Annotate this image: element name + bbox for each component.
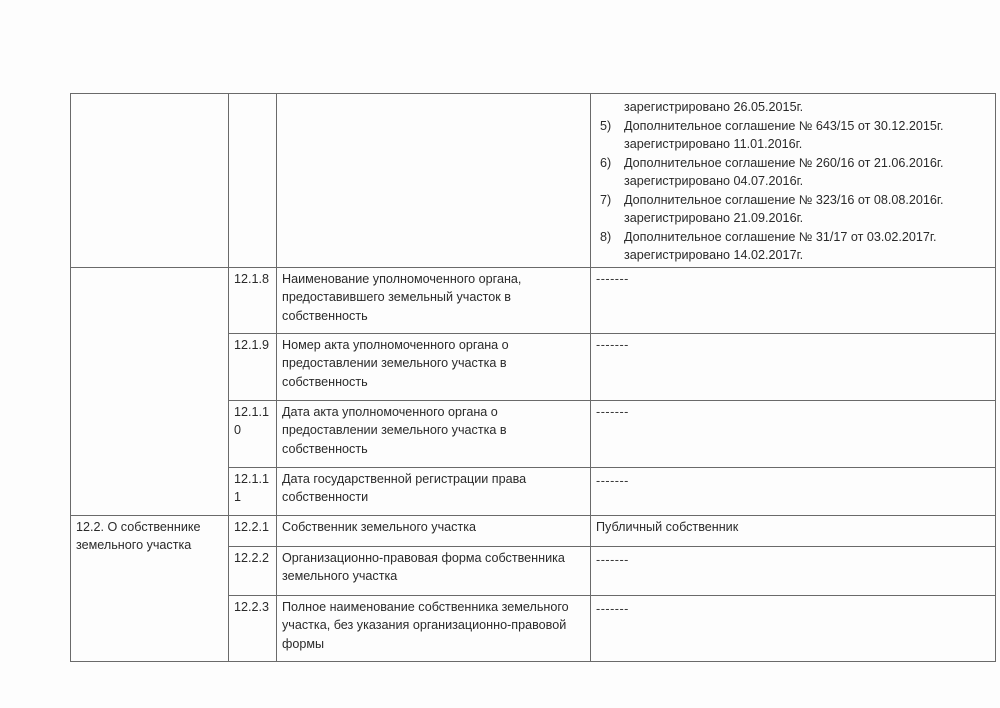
item-description: Номер акта уполномоченного органа о пред…	[277, 333, 591, 400]
item-value: -------	[591, 595, 996, 661]
list-item: 5)Дополнительное соглашение № 643/15 от …	[624, 117, 990, 154]
item-value: -------	[591, 546, 996, 595]
document-page: зарегистрировано 26.05.2015г. 5)Дополнит…	[0, 0, 1000, 708]
item-number: 12.1.10	[229, 400, 277, 467]
num-cell-empty	[229, 94, 277, 268]
item-number: 12.2.2	[229, 546, 277, 595]
item-number: 12.1.11	[229, 467, 277, 515]
land-plot-info-table: зарегистрировано 26.05.2015г. 5)Дополнит…	[70, 93, 996, 662]
item-description: Организационно-правовая форма собственни…	[277, 546, 591, 595]
item-value: -------	[591, 267, 996, 333]
item-description: Дата акта уполномоченного органа о предо…	[277, 400, 591, 467]
table-row-continued: зарегистрировано 26.05.2015г. 5)Дополнит…	[71, 94, 996, 268]
list-item: 7)Дополнительное соглашение № 323/16 от …	[624, 191, 990, 228]
item-value: Публичный собственник	[591, 515, 996, 546]
list-item: 8)Дополнительное соглашение № 31/17 от 0…	[624, 228, 990, 265]
item-value: -------	[591, 467, 996, 515]
continued-registration-text: зарегистрировано 26.05.2015г.	[596, 98, 990, 117]
item-number: 12.2.3	[229, 595, 277, 661]
table-row: 12.2. О собственнике земельного участка …	[71, 515, 996, 546]
agreements-cell: зарегистрировано 26.05.2015г. 5)Дополнит…	[591, 94, 996, 268]
table-row: 12.1.8 Наименование уполномоченного орга…	[71, 267, 996, 333]
item-description: Наименование уполномоченного органа, пре…	[277, 267, 591, 333]
section-cell-12-1-continued	[71, 267, 229, 515]
item-description: Дата государственной регистрации права с…	[277, 467, 591, 515]
item-number: 12.1.9	[229, 333, 277, 400]
item-value: -------	[591, 400, 996, 467]
list-item: 6)Дополнительное соглашение № 260/16 от …	[624, 154, 990, 191]
item-description: Собственник земельного участка	[277, 515, 591, 546]
agreements-list: 5)Дополнительное соглашение № 643/15 от …	[596, 117, 990, 265]
section-cell-empty	[71, 94, 229, 268]
item-number: 12.1.8	[229, 267, 277, 333]
item-number: 12.2.1	[229, 515, 277, 546]
desc-cell-empty	[277, 94, 591, 268]
section-title-12-2: 12.2. О собственнике земельного участка	[71, 515, 229, 661]
item-description: Полное наименование собственника земельн…	[277, 595, 591, 661]
item-value: -------	[591, 333, 996, 400]
